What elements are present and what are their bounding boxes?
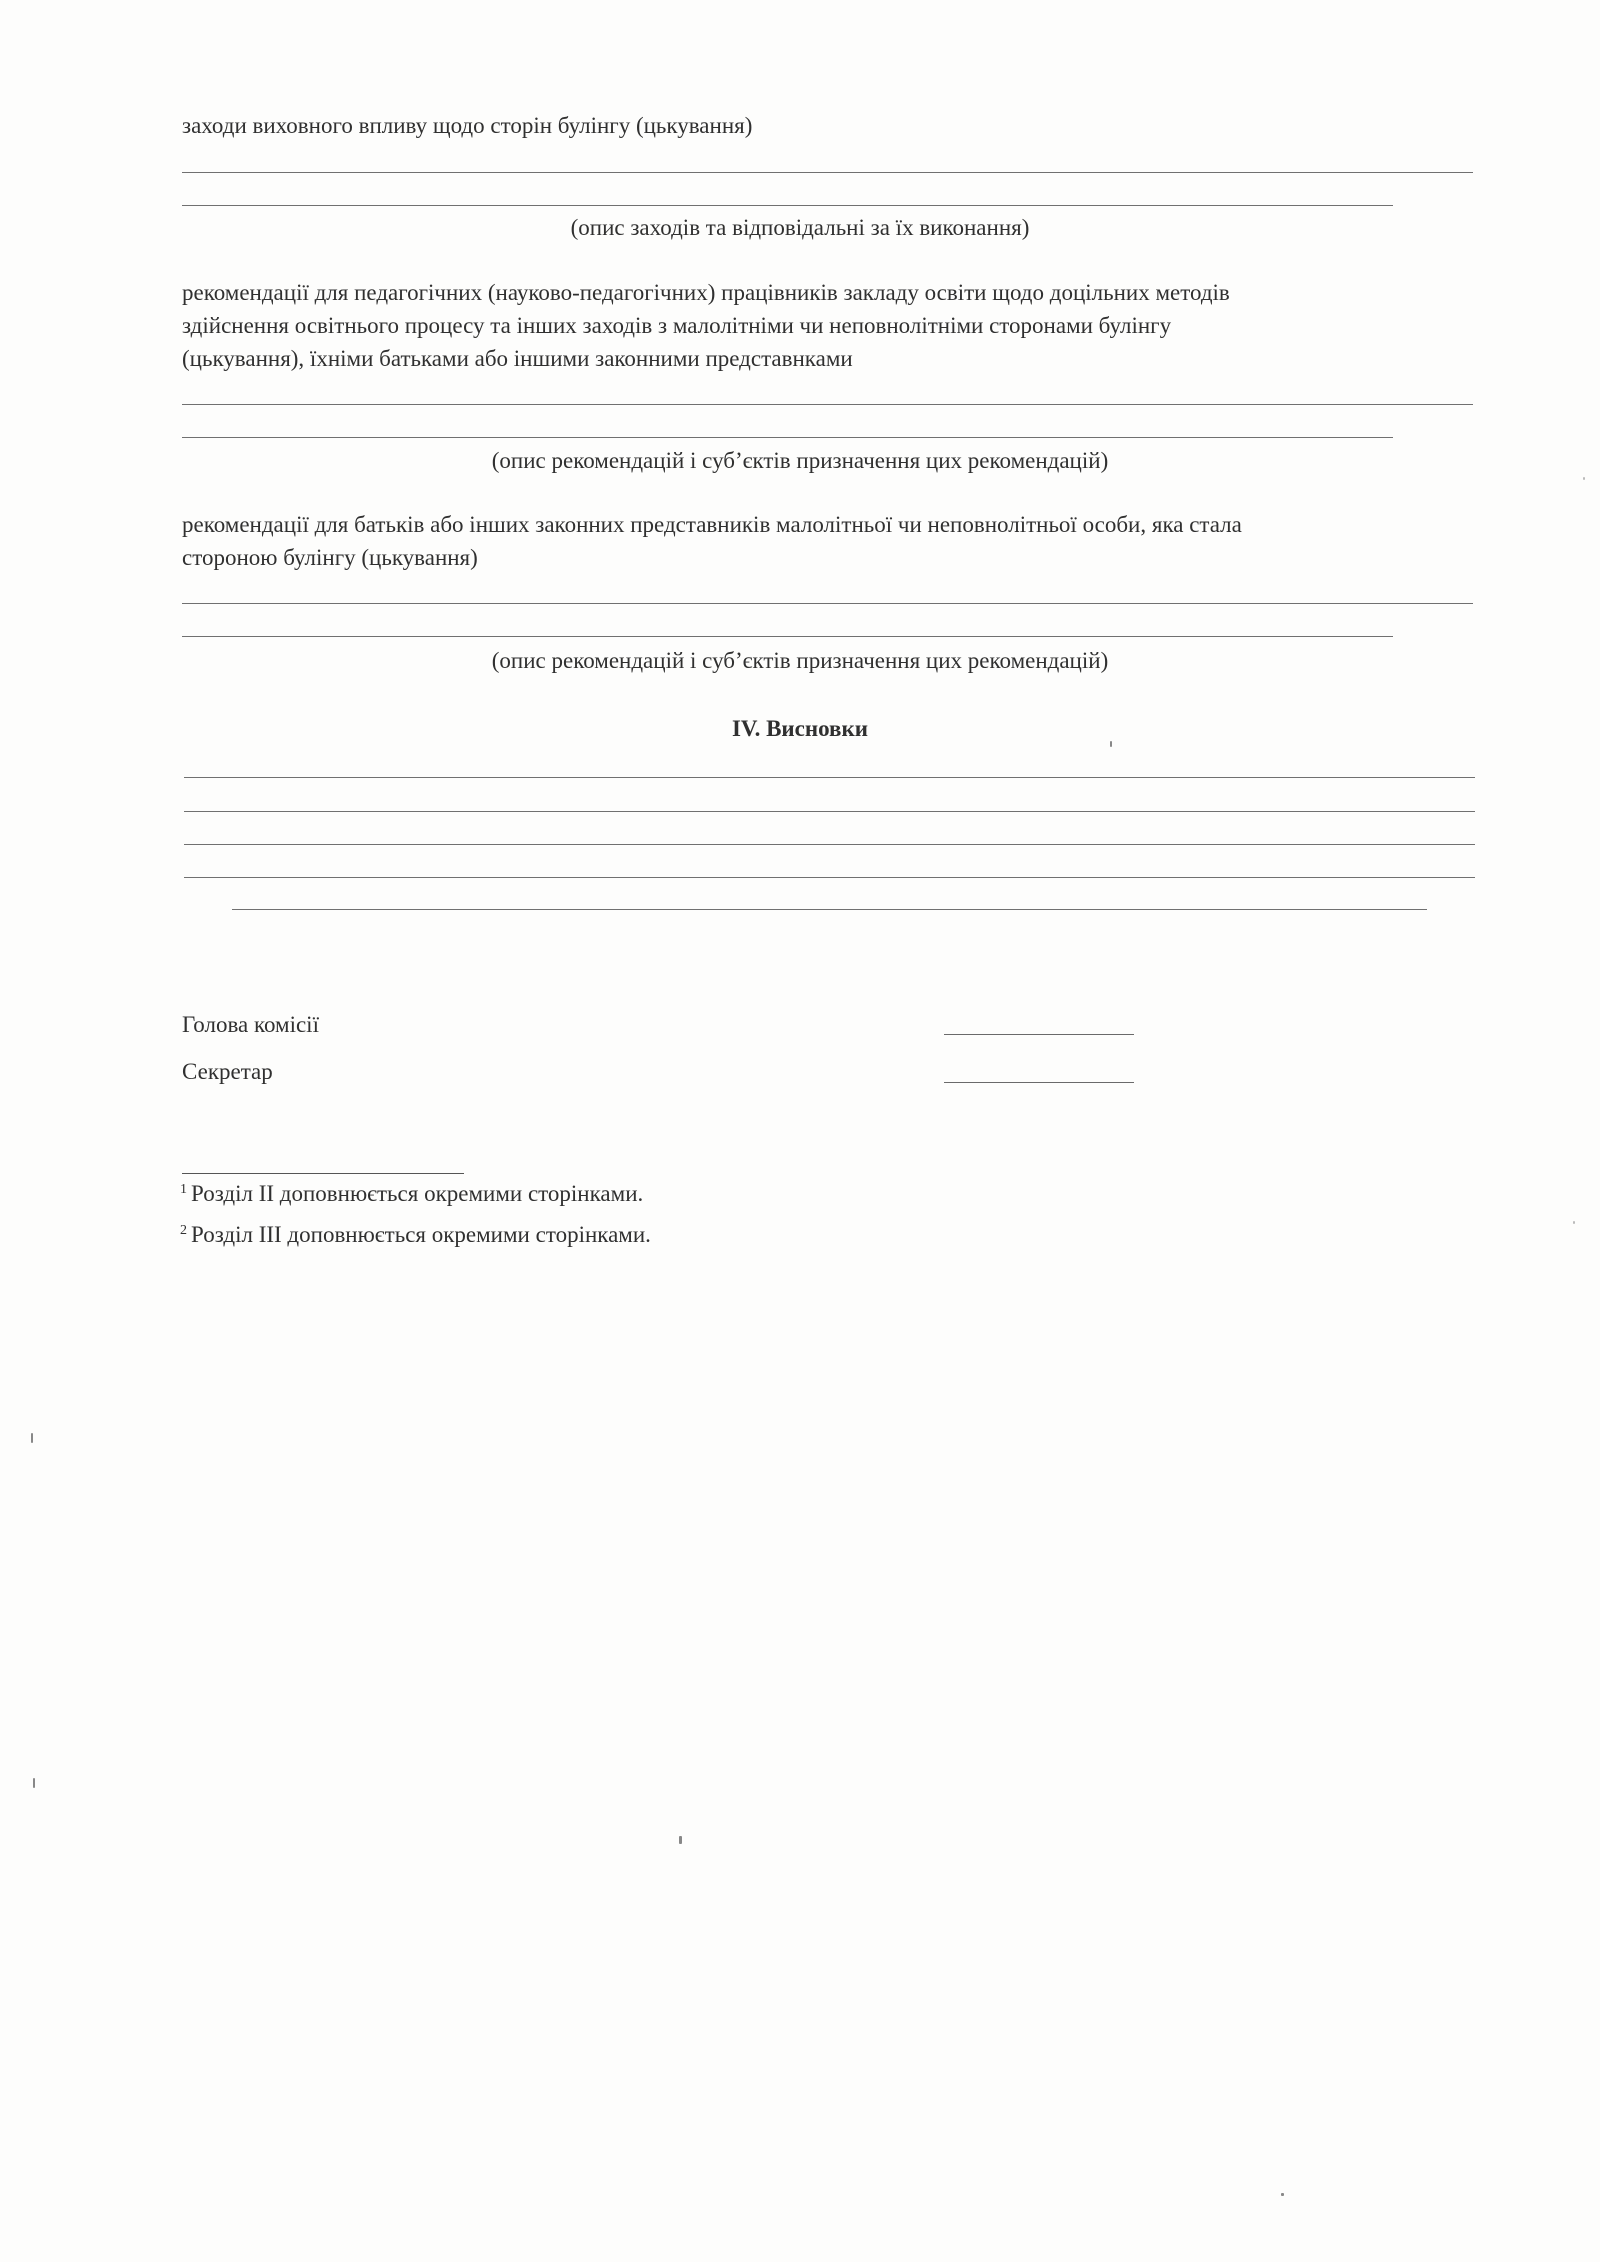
conclusions-heading: IV. Висновки xyxy=(0,713,1600,745)
parent-recommendations-fill-line-1[interactable] xyxy=(182,603,1473,604)
measures-label: заходи виховного впливу щодо сторін булі… xyxy=(182,110,752,142)
parent-recommendations-label: рекомендації для батьків або інших закон… xyxy=(182,508,1482,574)
teacher-recommendations-fill-line-2[interactable] xyxy=(182,437,1393,438)
scan-speck xyxy=(1583,477,1585,480)
footnote-1-text: Розділ II доповнюється окремими сторінка… xyxy=(191,1181,643,1206)
footnote-1: 1Розділ II доповнюється окремими сторінк… xyxy=(180,1179,643,1209)
conclusions-fill-line-3[interactable] xyxy=(184,844,1475,845)
measures-caption: (опис заходів та відповідальні за їх вик… xyxy=(0,212,1600,244)
scan-speck xyxy=(679,1836,682,1844)
teacher-recommendations-label: рекомендації для педагогічних (науково-п… xyxy=(182,276,1482,375)
measures-fill-line-2[interactable] xyxy=(182,205,1393,206)
scan-speck xyxy=(1573,1221,1575,1224)
scan-speck xyxy=(33,1778,35,1788)
secretary-signature-line[interactable] xyxy=(944,1082,1134,1083)
footnote-2-text: Розділ III доповнюється окремими сторінк… xyxy=(191,1222,651,1247)
parent-recommendations-caption: (опис рекомендацій і суб’єктів призначен… xyxy=(0,645,1600,677)
secretary-label: Секретар xyxy=(182,1056,273,1088)
footnote-separator xyxy=(182,1173,464,1174)
footnote-2: 2Розділ III доповнюється окремими сторін… xyxy=(180,1220,651,1250)
scan-speck xyxy=(1110,741,1112,747)
chair-label: Голова комісії xyxy=(182,1009,319,1041)
conclusions-fill-line-4[interactable] xyxy=(184,877,1475,878)
conclusions-fill-line-5[interactable] xyxy=(232,909,1427,910)
chair-signature-line[interactable] xyxy=(944,1034,1134,1035)
parent-recommendations-line-2: стороною булінгу (цькування) xyxy=(182,541,1482,574)
scan-speck xyxy=(1281,2193,1284,2196)
teacher-recommendations-caption: (опис рекомендацій і суб’єктів призначен… xyxy=(0,445,1600,477)
parent-recommendations-fill-line-2[interactable] xyxy=(182,636,1393,637)
teacher-recommendations-line-2: здійснення освітнього процесу та інших з… xyxy=(182,309,1482,342)
measures-fill-line-1[interactable] xyxy=(182,172,1473,173)
document-page: заходи виховного впливу щодо сторін булі… xyxy=(0,0,1600,2262)
footnote-2-mark: 2 xyxy=(180,1223,187,1238)
footnote-1-mark: 1 xyxy=(180,1182,187,1197)
conclusions-fill-line-1[interactable] xyxy=(184,777,1475,778)
scan-speck xyxy=(31,1433,33,1443)
teacher-recommendations-line-3: (цькування), їхніми батьками або іншими … xyxy=(182,342,1482,375)
teacher-recommendations-fill-line-1[interactable] xyxy=(182,404,1473,405)
teacher-recommendations-line-1: рекомендації для педагогічних (науково-п… xyxy=(182,276,1482,309)
parent-recommendations-line-1: рекомендації для батьків або інших закон… xyxy=(182,508,1482,541)
conclusions-fill-line-2[interactable] xyxy=(184,811,1475,812)
